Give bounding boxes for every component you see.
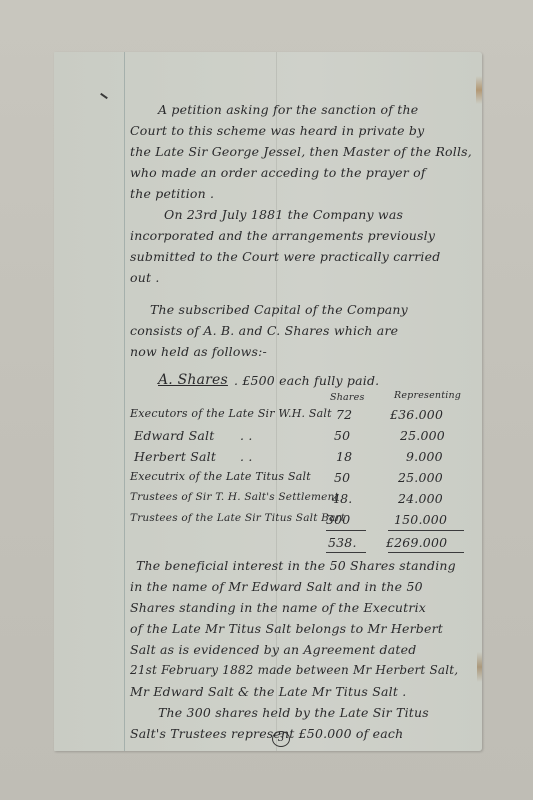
stray-ink-mark (100, 93, 108, 99)
total-representing: £269.000 (386, 535, 447, 550)
shares-count: 50 (334, 470, 350, 485)
holder-name: Herbert Salt (134, 449, 216, 464)
text-line: Salt's Trustees represent £50.000 of eac… (130, 726, 403, 741)
representing-value: 24.000 (398, 491, 443, 506)
total-rule (326, 552, 366, 553)
text-line: On 23rd July 1881 the Company was (164, 207, 403, 222)
shares-count: 48. (332, 491, 352, 506)
column-header-shares: Shares (330, 392, 365, 403)
holder-name: Trustees of the Late Sir Titus Salt Bart (130, 512, 345, 524)
total-rule (388, 552, 464, 553)
edge-stain (476, 76, 482, 104)
text-line: 21st February 1882 made between Mr Herbe… (130, 663, 458, 677)
text-line: in the name of Mr Edward Salt and in the… (130, 579, 423, 594)
text-line: now held as follows:- (130, 344, 267, 359)
total-shares: 538. (328, 535, 357, 550)
leader-dots: . . (240, 449, 253, 464)
text-line: incorporated and the arrangements previo… (130, 228, 435, 243)
holder-name: Edward Salt (134, 428, 214, 443)
column-header-representing: Representing (394, 390, 461, 401)
representing-value: 25.000 (400, 428, 445, 443)
text-line: Salt as is evidenced by an Agreement dat… (130, 642, 416, 657)
holder-name: Trustees of Sir T. H. Salt's Settlement (130, 491, 339, 503)
holder-name: Executrix of the Late Titus Salt (130, 470, 311, 483)
shares-count: 72 (336, 407, 352, 422)
sum-rule (388, 530, 464, 531)
shares-count: 18 (336, 449, 352, 464)
holder-name: Executors of the Late Sir W.H. Salt (130, 407, 332, 420)
text-line: Mr Edward Salt & the Late Mr Titus Salt … (130, 684, 406, 699)
edge-stain (477, 652, 482, 682)
text-line: of the Late Mr Titus Salt belongs to Mr … (130, 621, 443, 636)
text-line: submitted to the Court were practically … (130, 249, 440, 264)
text-line: The subscribed Capital of the Company (150, 302, 408, 317)
text-line: the Late Sir George Jessel, then Master … (130, 144, 472, 159)
text-line: The beneficial interest in the 50 Shares… (136, 558, 456, 573)
representing-value: £36.000 (390, 407, 443, 422)
manuscript-page: A petition asking for the sanction of th… (54, 52, 482, 751)
representing-value: 150.000 (394, 512, 447, 527)
representing-value: 25.000 (398, 470, 443, 485)
sum-rule (326, 530, 366, 531)
table-heading-note: . £500 each fully paid. (234, 373, 379, 388)
page-number: 3 (272, 731, 290, 747)
text-line: A petition asking for the sanction of th… (158, 102, 418, 117)
text-line: who made an order acceding to the prayer… (130, 165, 426, 180)
text-line: The 300 shares held by the Late Sir Titu… (158, 705, 429, 720)
leader-dots: . . (240, 428, 253, 443)
text-line: the petition . (130, 186, 214, 201)
shares-count: 50 (334, 428, 350, 443)
margin-line (124, 52, 125, 751)
text-line: consists of A. B. and C. Shares which ar… (130, 323, 398, 338)
shares-count: 300 (326, 512, 350, 527)
text-line: out . (130, 270, 160, 285)
text-line: Shares standing in the name of the Execu… (130, 600, 426, 615)
text-line: Court to this scheme was heard in privat… (130, 123, 424, 138)
representing-value: 9.000 (406, 449, 443, 464)
table-heading: A. Shares (158, 372, 228, 388)
